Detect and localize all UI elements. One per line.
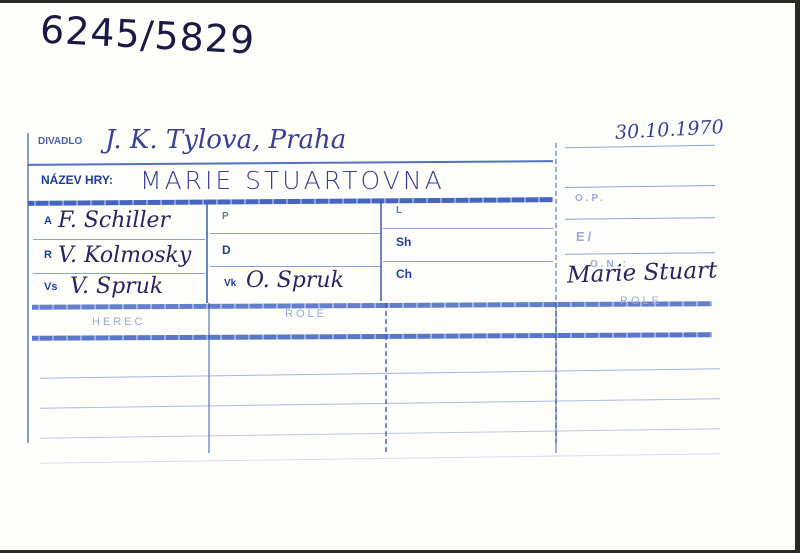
- header-role-2: ROLE: [620, 295, 662, 307]
- archive-index-card: 6245/5829 DIVADLO J. K. Tylova, Praha 30…: [0, 3, 795, 550]
- theatre-label: DIVADLO: [38, 136, 82, 147]
- field-label-ch: Ch: [396, 267, 412, 281]
- table-header-bottom: [32, 332, 712, 341]
- table-row-line: [40, 368, 720, 378]
- card-frame-left: [27, 133, 29, 443]
- field-value-vs: V. Spruk: [70, 274, 163, 299]
- theatre-value: J. K. Tylova, Praha: [105, 125, 346, 155]
- row-divider: [210, 266, 380, 267]
- field-label-e: E/: [576, 229, 594, 244]
- card-number: 6245/5829: [39, 7, 256, 62]
- table-col-divider-2: [385, 303, 387, 453]
- table-row-line: [40, 428, 720, 438]
- row-divider: [383, 228, 553, 229]
- field-label-r: R: [44, 249, 52, 261]
- title-divider: [28, 197, 553, 206]
- field-label-l: L: [396, 205, 402, 216]
- header-role-1: ROLE: [285, 308, 327, 320]
- field-value-vk: O. Spruk: [246, 268, 344, 293]
- row-divider: [383, 261, 553, 262]
- header-herec: HEREC: [92, 316, 146, 328]
- table-header-top: [32, 301, 712, 310]
- op-divider: [565, 185, 715, 188]
- table-col-divider-1: [208, 303, 210, 453]
- row-divider: [565, 217, 715, 220]
- column-divider-1: [206, 203, 208, 303]
- theatre-divider: [28, 160, 553, 166]
- field-label-vk: Vk: [224, 278, 236, 289]
- field-label-op: O.P.: [575, 193, 606, 204]
- field-label-p: P: [222, 211, 229, 222]
- column-divider-2: [380, 201, 382, 301]
- card-date: 30.10.1970: [614, 116, 724, 144]
- play-title-label: NÁZEV HRY:: [41, 173, 113, 187]
- table-row-line: [40, 398, 720, 408]
- field-label-vs: Vs: [44, 281, 57, 293]
- row-divider: [210, 233, 380, 234]
- field-label-d: D: [222, 243, 231, 257]
- field-label-a: A: [44, 215, 52, 227]
- play-title-value: MARIE STUARTOVNA: [140, 166, 445, 195]
- row-divider: [565, 252, 715, 255]
- field-label-sh: Sh: [396, 235, 411, 249]
- row-divider: [33, 239, 205, 240]
- field-value-on: Marie Stuart: [567, 257, 718, 288]
- date-divider: [565, 145, 715, 149]
- field-value-r: V. Kolmosky: [58, 243, 191, 268]
- field-value-a: F. Schiller: [58, 208, 170, 233]
- table-row-line: [40, 453, 720, 463]
